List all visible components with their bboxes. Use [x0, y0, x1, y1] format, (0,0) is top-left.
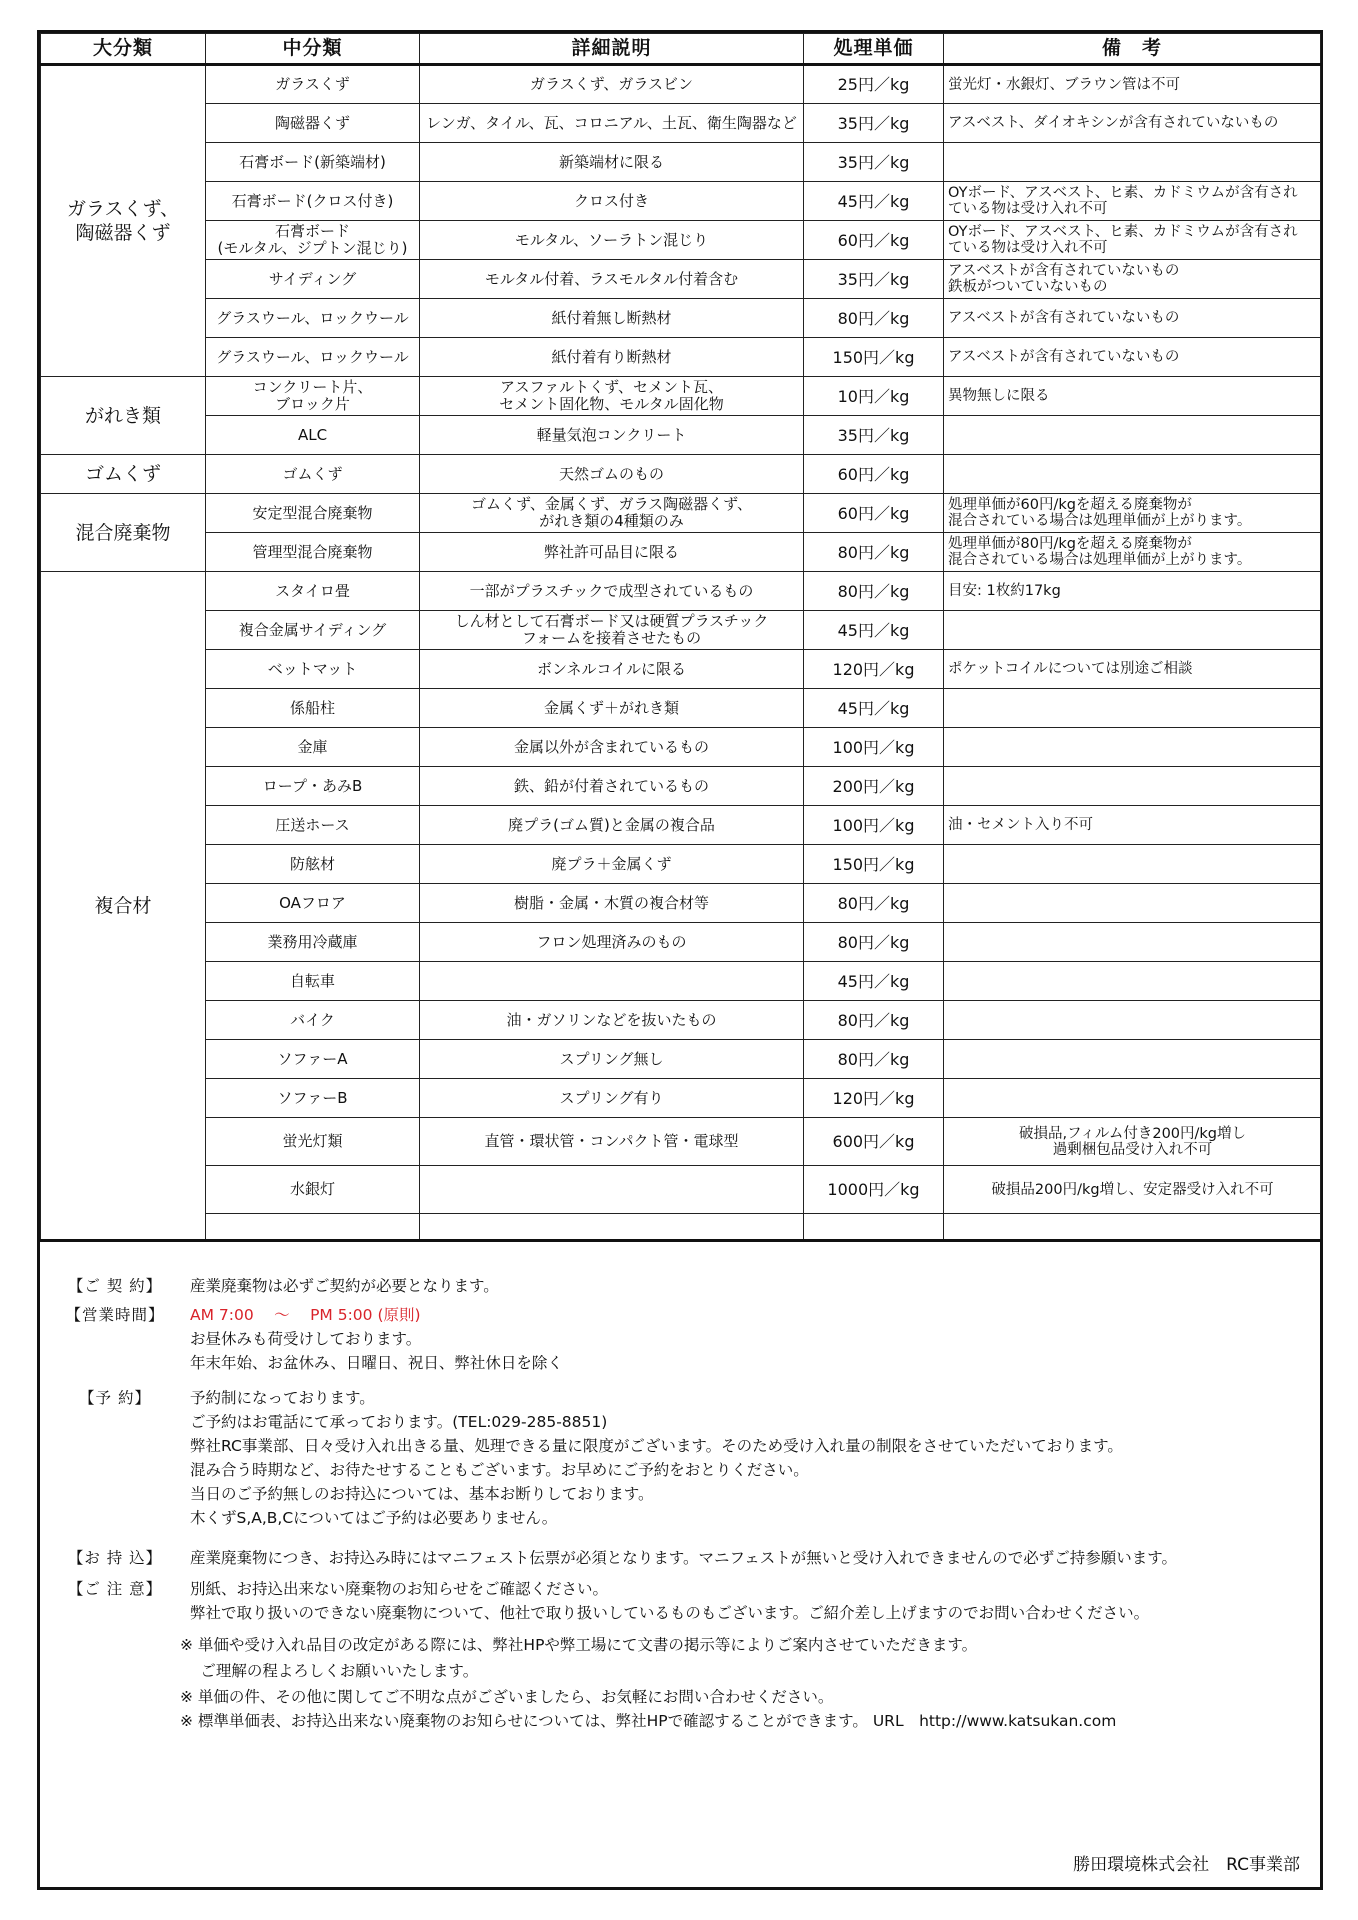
business-hours: AM 7:00 ～ PM 5:00 (原則) — [190, 1303, 563, 1327]
table-row: ゴムくずゴムくず天然ゴムのもの60円／kg — [41, 455, 1321, 494]
note-reservation: 【予 約】 予約制になっております。 ご予約はお電話にて承っております。(TEL… — [40, 1386, 1123, 1530]
remarks-cell — [944, 143, 1321, 182]
sub-category-cell: 石膏ボード(クロス付き) — [206, 182, 420, 221]
remarks-cell: アスベストが含有されていないもの — [944, 299, 1321, 338]
sub-category-cell: スタイロ畳 — [206, 572, 420, 611]
sub-category-cell: 蛍光灯類 — [206, 1118, 420, 1166]
detail-cell: ガラスくず、ガラスビン — [420, 65, 804, 104]
table-row: 石膏ボード(新築端材)新築端材に限る35円／kg — [41, 143, 1321, 182]
detail-cell: レンガ、タイル、瓦、コロニアル、土瓦、衛生陶器など — [420, 104, 804, 143]
table-row: グラスウール、ロックウール紙付着無し断熱材80円／kgアスベストが含有されていな… — [41, 299, 1321, 338]
unit-price-cell: 600円／kg — [804, 1118, 944, 1166]
detail-cell — [420, 1214, 804, 1241]
remarks-cell — [944, 962, 1321, 1001]
sub-category-cell: 石膏ボード(モルタル、ジプトン混じり) — [206, 221, 420, 260]
table-header-row: 大分類 中分類 詳細説明 処理単価 備 考 — [41, 34, 1321, 65]
sub-category-cell: グラスウール、ロックウール — [206, 338, 420, 377]
header-detail: 詳細説明 — [420, 34, 804, 65]
note-line: 弊社で取り扱いのできない廃棄物について、他社で取り扱いしているものもございます。… — [190, 1601, 1149, 1625]
note-contract: 【ご 契 約】 産業廃棄物は必ずご契約が必要となります。 — [40, 1274, 499, 1298]
table-row: ALC軽量気泡コンクリート35円／kg — [41, 416, 1321, 455]
unit-price-cell: 80円／kg — [804, 1001, 944, 1040]
note-line: 産業廃棄物は必ずご契約が必要となります。 — [190, 1274, 499, 1298]
sub-category-cell: 自転車 — [206, 962, 420, 1001]
note-hours: 【営業時間】 AM 7:00 ～ PM 5:00 (原則) お昼休みも荷受けして… — [40, 1303, 563, 1375]
table-row: ソファーBスプリング有り120円／kg — [41, 1079, 1321, 1118]
detail-cell: 弊社許可品目に限る — [420, 533, 804, 572]
remarks-cell: 処理単価が60円/kgを超える廃棄物が混合されている場合は処理単価が上がります。 — [944, 494, 1321, 533]
note-label: 【予 約】 — [40, 1386, 190, 1530]
remarks-cell — [944, 884, 1321, 923]
header-sub-category: 中分類 — [206, 34, 420, 65]
unit-price-cell: 45円／kg — [804, 962, 944, 1001]
major-category-cell: ガラスくず、陶磁器くず — [41, 65, 206, 377]
detail-cell: モルタル、ソーラトン混じり — [420, 221, 804, 260]
table-row: がれき類コンクリート片、ブロック片アスファルトくず、セメント瓦、セメント固化物、… — [41, 377, 1321, 416]
table-row: 圧送ホース廃プラ(ゴム質)と金属の複合品100円／kg油・セメント入り不可 — [41, 806, 1321, 845]
detail-cell: 天然ゴムのもの — [420, 455, 804, 494]
sub-category-cell: 複合金属サイディング — [206, 611, 420, 650]
detail-cell: フロン処理済みのもの — [420, 923, 804, 962]
remarks-cell: アスベスト、ダイオキシンが含有されていないもの — [944, 104, 1321, 143]
note-line: 混み合う時期など、お待たせすることもございます。お早めにご予約をおとりください。 — [190, 1458, 1123, 1482]
table-row: 金庫金属以外が含まれているもの100円／kg — [41, 728, 1321, 767]
table-row: 石膏ボード(クロス付き)クロス付き45円／kgOYボード、アスベスト、ヒ素、カド… — [41, 182, 1321, 221]
sub-category-cell: 係船柱 — [206, 689, 420, 728]
header-remarks: 備 考 — [944, 34, 1321, 65]
unit-price-cell: 100円／kg — [804, 728, 944, 767]
detail-cell: 紙付着無し断熱材 — [420, 299, 804, 338]
table-row — [41, 1214, 1321, 1241]
table-row: ロープ・あみB鉄、鉛が付着されているもの200円／kg — [41, 767, 1321, 806]
remarks-cell — [944, 845, 1321, 884]
sub-category-cell: ソファーB — [206, 1079, 420, 1118]
unit-price-cell: 80円／kg — [804, 884, 944, 923]
remarks-cell: 油・セメント入り不可 — [944, 806, 1321, 845]
sub-category-cell: ガラスくず — [206, 65, 420, 104]
table-row: 係船柱金属くず＋がれき類45円／kg — [41, 689, 1321, 728]
detail-cell: 廃プラ(ゴム質)と金属の複合品 — [420, 806, 804, 845]
unit-price-cell: 35円／kg — [804, 416, 944, 455]
sub-category-cell: グラスウール、ロックウール — [206, 299, 420, 338]
unit-price-cell: 45円／kg — [804, 182, 944, 221]
remarks-cell — [944, 923, 1321, 962]
table-row: 管理型混合廃棄物弊社許可品目に限る80円／kg処理単価が80円/kgを超える廃棄… — [41, 533, 1321, 572]
note-line: 当日のご予約無しのお持込については、基本お断りしております。 — [190, 1482, 1123, 1506]
remarks-cell — [944, 767, 1321, 806]
note-line: 別紙、お持込出来ない廃棄物のお知らせをご確認ください。 — [190, 1577, 1149, 1601]
detail-cell: 廃プラ＋金属くず — [420, 845, 804, 884]
footnote: ※ 単価の件、その他に関してご不明な点がございましたら、お気軽にお問い合わせくだ… — [180, 1685, 833, 1709]
major-category-cell: がれき類 — [41, 377, 206, 455]
detail-cell: 鉄、鉛が付着されているもの — [420, 767, 804, 806]
detail-cell: スプリング無し — [420, 1040, 804, 1079]
sub-category-cell: サイディング — [206, 260, 420, 299]
table-row: 複合金属サイディングしん材として石膏ボード又は硬質プラスチックフォームを接着させ… — [41, 611, 1321, 650]
detail-cell: 新築端材に限る — [420, 143, 804, 182]
unit-price-cell: 25円／kg — [804, 65, 944, 104]
major-category-cell: 複合材 — [41, 572, 206, 1241]
sub-category-cell: 業務用冷蔵庫 — [206, 923, 420, 962]
note-bring-in: 【お 持 込】 産業廃棄物につき、お持込み時にはマニフェスト伝票が必須となります… — [40, 1546, 1177, 1570]
unit-price-cell: 1000円／kg — [804, 1166, 944, 1214]
table-row: 石膏ボード(モルタル、ジプトン混じり)モルタル、ソーラトン混じり60円／kgOY… — [41, 221, 1321, 260]
table-row: 陶磁器くずレンガ、タイル、瓦、コロニアル、土瓦、衛生陶器など35円／kgアスベス… — [41, 104, 1321, 143]
detail-cell: 軽量気泡コンクリート — [420, 416, 804, 455]
remarks-cell: 処理単価が80円/kgを超える廃棄物が混合されている場合は処理単価が上がります。 — [944, 533, 1321, 572]
note-caution: 【ご 注 意】 別紙、お持込出来ない廃棄物のお知らせをご確認ください。 弊社で取… — [40, 1577, 1149, 1625]
sub-category-cell: 陶磁器くず — [206, 104, 420, 143]
major-category-cell: ゴムくず — [41, 455, 206, 494]
sub-category-cell: ベットマット — [206, 650, 420, 689]
detail-cell: クロス付き — [420, 182, 804, 221]
table-row: 混合廃棄物安定型混合廃棄物ゴムくず、金属くず、ガラス陶磁器くず、がれき類の4種類… — [41, 494, 1321, 533]
unit-price-cell: 60円／kg — [804, 221, 944, 260]
header-unit-price: 処理単価 — [804, 34, 944, 65]
sub-category-cell: OAフロア — [206, 884, 420, 923]
company-signature: 勝田環境株式会社 RC事業部 — [1073, 1850, 1300, 1875]
table-row: バイク油・ガソリンなどを抜いたもの80円／kg — [41, 1001, 1321, 1040]
remarks-cell — [944, 416, 1321, 455]
detail-cell: 樹脂・金属・木質の複合材等 — [420, 884, 804, 923]
note-label: 【お 持 込】 — [40, 1546, 190, 1570]
remarks-cell: 目安: 1枚約17kg — [944, 572, 1321, 611]
unit-price-cell: 80円／kg — [804, 572, 944, 611]
unit-price-cell: 100円／kg — [804, 806, 944, 845]
sub-category-cell: 水銀灯 — [206, 1166, 420, 1214]
sub-category-cell: バイク — [206, 1001, 420, 1040]
sub-category-cell: 圧送ホース — [206, 806, 420, 845]
note-line: 年末年始、お盆休み、日曜日、祝日、弊社休日を除く — [190, 1351, 563, 1375]
detail-cell: 金属以外が含まれているもの — [420, 728, 804, 767]
remarks-cell: ポケットコイルについては別途ご相談 — [944, 650, 1321, 689]
remarks-cell — [944, 689, 1321, 728]
unit-price-cell: 150円／kg — [804, 845, 944, 884]
sub-category-cell — [206, 1214, 420, 1241]
detail-cell: 油・ガソリンなどを抜いたもの — [420, 1001, 804, 1040]
unit-price-cell: 35円／kg — [804, 104, 944, 143]
remarks-cell — [944, 611, 1321, 650]
remarks-cell: OYボード、アスベスト、ヒ素、カドミウムが含有されている物は受け入れ不可 — [944, 182, 1321, 221]
remarks-cell — [944, 455, 1321, 494]
remarks-cell: 異物無しに限る — [944, 377, 1321, 416]
unit-price-cell: 35円／kg — [804, 260, 944, 299]
sub-category-cell: 金庫 — [206, 728, 420, 767]
unit-price-cell: 120円／kg — [804, 1079, 944, 1118]
sub-category-cell: 防舷材 — [206, 845, 420, 884]
remarks-cell — [944, 728, 1321, 767]
footnote: ご理解の程よろしくお願いいたします。 — [180, 1659, 478, 1683]
detail-cell: 紙付着有り断熱材 — [420, 338, 804, 377]
remarks-cell — [944, 1001, 1321, 1040]
unit-price-cell: 35円／kg — [804, 143, 944, 182]
detail-cell: 金属くず＋がれき類 — [420, 689, 804, 728]
note-label: 【ご 注 意】 — [40, 1577, 190, 1625]
detail-cell: 直管・環状管・コンパクト管・電球型 — [420, 1118, 804, 1166]
table-row: 水銀灯1000円／kg破損品200円/kg増し、安定器受け入れ不可 — [41, 1166, 1321, 1214]
remarks-cell: OYボード、アスベスト、ヒ素、カドミウムが含有されている物は受け入れ不可 — [944, 221, 1321, 260]
footnote: ※ 単価や受け入れ品目の改定がある際には、弊社HPや弊工場にて文書の掲示等により… — [180, 1633, 977, 1657]
note-line: 木くずS,A,B,Cについてはご予約は必要ありません。 — [190, 1506, 1123, 1530]
price-table: 大分類 中分類 詳細説明 処理単価 備 考 ガラスくず、陶磁器くずガラスくずガラ… — [40, 33, 1321, 1242]
unit-price-cell: 60円／kg — [804, 455, 944, 494]
sub-category-cell: 安定型混合廃棄物 — [206, 494, 420, 533]
detail-cell: 一部がプラスチックで成型されているもの — [420, 572, 804, 611]
sub-category-cell: コンクリート片、ブロック片 — [206, 377, 420, 416]
phone-line: ご予約はお電話にて承っております。(TEL:029-285-8851) — [190, 1410, 1123, 1434]
unit-price-cell: 60円／kg — [804, 494, 944, 533]
sub-category-cell: ゴムくず — [206, 455, 420, 494]
unit-price-cell: 80円／kg — [804, 533, 944, 572]
table-row: 蛍光灯類直管・環状管・コンパクト管・電球型600円／kg破損品,フィルム付き20… — [41, 1118, 1321, 1166]
table-row: ソファーAスプリング無し80円／kg — [41, 1040, 1321, 1079]
detail-cell: ゴムくず、金属くず、ガラス陶磁器くず、がれき類の4種類のみ — [420, 494, 804, 533]
footnote-url: ※ 標準単価表、お持込出来ない廃棄物のお知らせについては、弊社HPで確認すること… — [180, 1709, 1116, 1733]
detail-cell — [420, 1166, 804, 1214]
table-row: 業務用冷蔵庫フロン処理済みのもの80円／kg — [41, 923, 1321, 962]
note-line: 産業廃棄物につき、お持込み時にはマニフェスト伝票が必須となります。マニフェストが… — [190, 1546, 1177, 1570]
table-row: OAフロア樹脂・金属・木質の複合材等80円／kg — [41, 884, 1321, 923]
header-major-category: 大分類 — [41, 34, 206, 65]
note-label: 【ご 契 約】 — [40, 1274, 190, 1298]
table-row: ベットマットボンネルコイルに限る120円／kgポケットコイルについては別途ご相談 — [41, 650, 1321, 689]
detail-cell: スプリング有り — [420, 1079, 804, 1118]
price-list-page: 大分類 中分類 詳細説明 処理単価 備 考 ガラスくず、陶磁器くずガラスくずガラ… — [37, 30, 1323, 1890]
unit-price-cell: 80円／kg — [804, 923, 944, 962]
unit-price-cell: 150円／kg — [804, 338, 944, 377]
table-row: グラスウール、ロックウール紙付着有り断熱材150円／kgアスベストが含有されてい… — [41, 338, 1321, 377]
sub-category-cell: ソファーA — [206, 1040, 420, 1079]
table-row: 自転車45円／kg — [41, 962, 1321, 1001]
unit-price-cell — [804, 1214, 944, 1241]
note-line: 弊社RC事業部、日々受け入れ出きる量、処理できる量に限度がございます。そのため受… — [190, 1434, 1123, 1458]
detail-cell: しん材として石膏ボード又は硬質プラスチックフォームを接着させたもの — [420, 611, 804, 650]
note-label: 【営業時間】 — [40, 1303, 190, 1375]
sub-category-cell: 管理型混合廃棄物 — [206, 533, 420, 572]
remarks-cell — [944, 1214, 1321, 1241]
note-line: 予約制になっております。 — [190, 1386, 1123, 1410]
sub-category-cell: 石膏ボード(新築端材) — [206, 143, 420, 182]
detail-cell: モルタル付着、ラスモルタル付着含む — [420, 260, 804, 299]
sub-category-cell: ALC — [206, 416, 420, 455]
unit-price-cell: 80円／kg — [804, 1040, 944, 1079]
unit-price-cell: 10円／kg — [804, 377, 944, 416]
sub-category-cell: ロープ・あみB — [206, 767, 420, 806]
remarks-cell — [944, 1079, 1321, 1118]
unit-price-cell: 200円／kg — [804, 767, 944, 806]
unit-price-cell: 80円／kg — [804, 299, 944, 338]
unit-price-cell: 45円／kg — [804, 611, 944, 650]
table-row: ガラスくず、陶磁器くずガラスくずガラスくず、ガラスビン25円／kg蛍光灯・水銀灯… — [41, 65, 1321, 104]
table-row: 複合材スタイロ畳一部がプラスチックで成型されているもの80円／kg目安: 1枚約… — [41, 572, 1321, 611]
remarks-cell: 破損品,フィルム付き200円/kg増し過剰梱包品受け入れ不可 — [944, 1118, 1321, 1166]
detail-cell: ボンネルコイルに限る — [420, 650, 804, 689]
detail-cell — [420, 962, 804, 1001]
major-category-cell: 混合廃棄物 — [41, 494, 206, 572]
remarks-cell: 破損品200円/kg増し、安定器受け入れ不可 — [944, 1166, 1321, 1214]
remarks-cell — [944, 1040, 1321, 1079]
unit-price-cell: 45円／kg — [804, 689, 944, 728]
remarks-cell: アスベストが含有されていないもの鉄板がついていないもの — [944, 260, 1321, 299]
table-row: 防舷材廃プラ＋金属くず150円／kg — [41, 845, 1321, 884]
unit-price-cell: 120円／kg — [804, 650, 944, 689]
notes-section: 【ご 契 約】 産業廃棄物は必ずご契約が必要となります。 【営業時間】 AM 7… — [40, 1240, 1320, 1887]
detail-cell: アスファルトくず、セメント瓦、セメント固化物、モルタル固化物 — [420, 377, 804, 416]
note-line: お昼休みも荷受けしております。 — [190, 1327, 563, 1351]
remarks-cell: 蛍光灯・水銀灯、ブラウン管は不可 — [944, 65, 1321, 104]
table-row: サイディングモルタル付着、ラスモルタル付着含む35円／kgアスベストが含有されて… — [41, 260, 1321, 299]
remarks-cell: アスベストが含有されていないもの — [944, 338, 1321, 377]
table-body: ガラスくず、陶磁器くずガラスくずガラスくず、ガラスビン25円／kg蛍光灯・水銀灯… — [41, 65, 1321, 1241]
